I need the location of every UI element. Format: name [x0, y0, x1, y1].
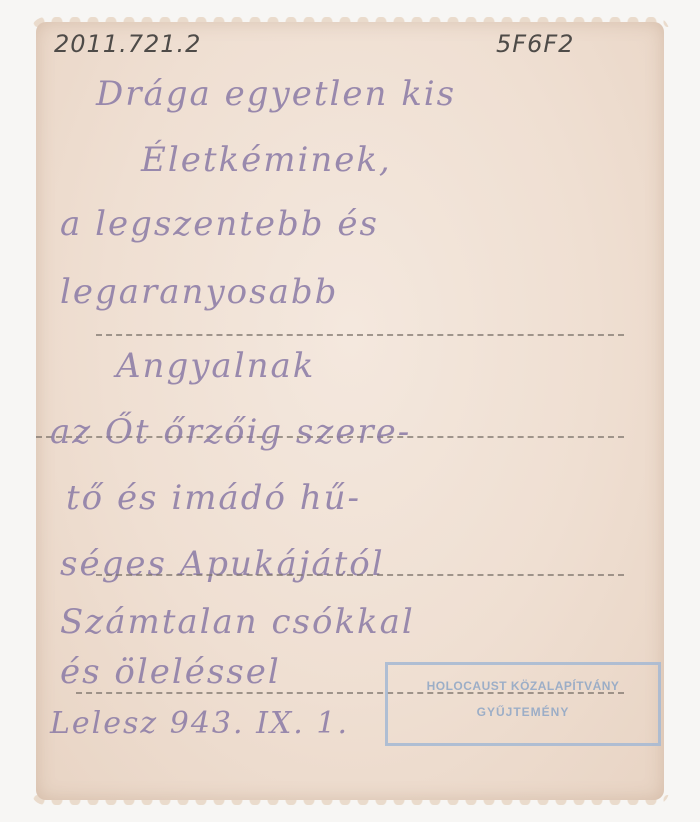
handwriting-line-2: Életkéminek, [141, 140, 392, 180]
catalog-number-right: 5F6F2 [496, 30, 574, 58]
handwriting-line-6: az Őt őrzőig szere- [50, 412, 411, 452]
handwriting-line-8: séges Apukájától [60, 544, 385, 584]
handwriting-line-4: legaranyosabb [60, 272, 338, 312]
handwriting-line-10: és öleléssel [60, 652, 281, 692]
handwriting-line-3: a legszentebb és [60, 204, 379, 244]
dotted-rule [96, 574, 624, 576]
handwriting-line-9: Számtalan csókkal [60, 602, 415, 642]
stamp-line-1: HOLOCAUST KÖZALAPÍTVÁNY [388, 679, 658, 693]
stamp-line-2: GYŰJTEMÉNY [388, 705, 658, 719]
catalog-number-left: 2011.721.2 [54, 30, 201, 58]
handwriting-date: Lelesz 943. IX. 1. [50, 706, 349, 741]
archive-stamp: HOLOCAUST KÖZALAPÍTVÁNY GYŰJTEMÉNY [385, 662, 661, 746]
handwriting-line-5: Angyalnak [116, 346, 315, 386]
handwriting-line-1: Drága egyetlen kis [96, 74, 456, 114]
handwriting-line-7: tő és imádó hű- [66, 478, 361, 518]
dotted-rule [96, 334, 624, 336]
